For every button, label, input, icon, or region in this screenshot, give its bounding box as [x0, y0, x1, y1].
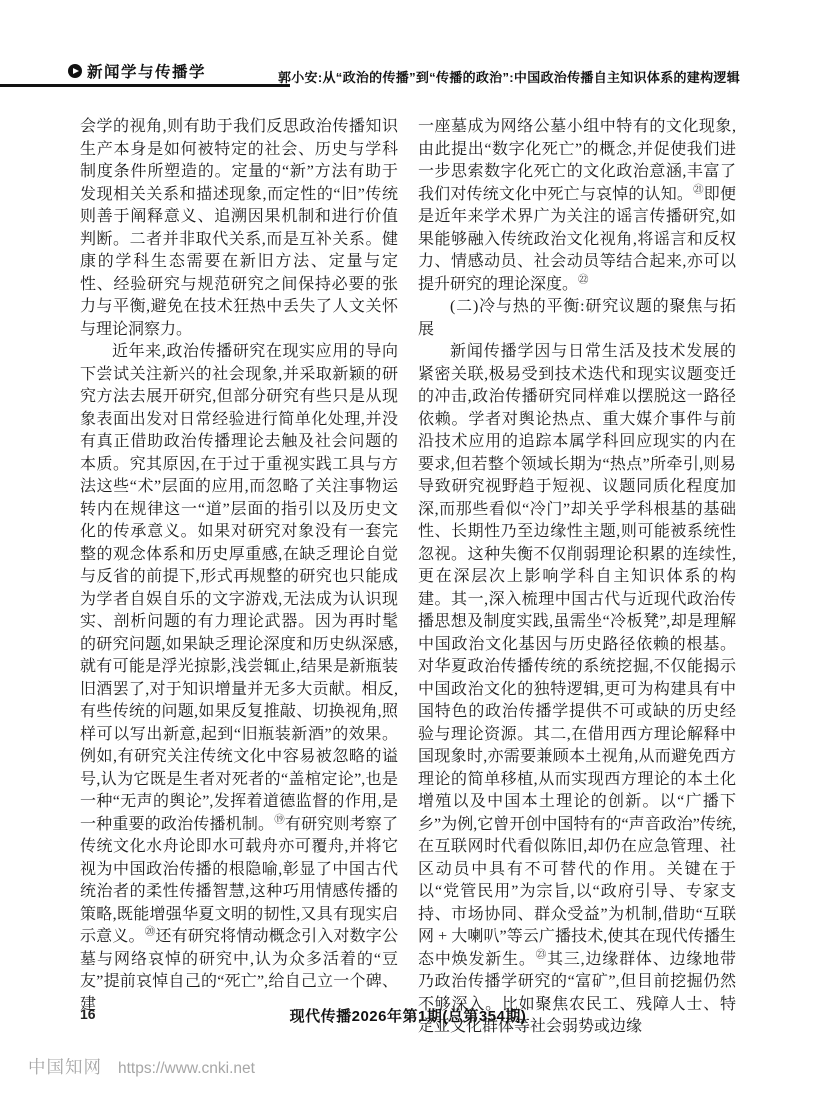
cnki-site-url: https://www.cnki.net [118, 1060, 255, 1078]
journal-section-logo: 新闻学与传播学 [68, 60, 206, 82]
paragraph: 近年来,政治传播研究在现实应用的导向下尝试关注新兴的社会现象,并采取新颖的研究方… [80, 341, 398, 1016]
journal-section-name: 新闻学与传播学 [87, 60, 206, 82]
cnki-watermark: 中国知网 https://www.cnki.net [28, 1054, 255, 1079]
paragraph: 新闻传播学因与日常生活及技术发展的紧密关联,极易受到技术迭代和现实议题变迁的冲击… [418, 341, 736, 1039]
running-title: 郭小安:从“政治的传播”到“传播的政治”:中国政治传播自主知识体系的建构逻辑 [200, 67, 740, 86]
play-circle-icon [68, 64, 82, 78]
paragraph-continuation: 会学的视角,则有助于我们反思政治传播知识生产本身是如何被特定的社会、历史与学科制… [80, 116, 398, 341]
left-column: 会学的视角,则有助于我们反思政治传播知识生产本身是如何被特定的社会、历史与学科制… [80, 116, 398, 1039]
journal-page: { "header": { "section_logo": "新闻学与传播学",… [0, 0, 816, 1100]
right-column: 一座墓成为网络公墓小组中特有的文化现象,由此提出“数字化死亡”的概念,并促使我们… [418, 116, 736, 1039]
journal-issue-info: 现代传播2026年第1期(总第354期) [0, 1005, 816, 1026]
article-columns: 会学的视角,则有助于我们反思政治传播知识生产本身是如何被特定的社会、历史与学科制… [80, 116, 736, 1039]
section-subheading: (二)冷与热的平衡:研究议题的聚焦与拓展 [418, 296, 736, 341]
paragraph-continuation: 一座墓成为网络公墓小组中特有的文化现象,由此提出“数字化死亡”的概念,并促使我们… [418, 116, 736, 296]
cnki-site-name: 中国知网 [28, 1054, 102, 1079]
